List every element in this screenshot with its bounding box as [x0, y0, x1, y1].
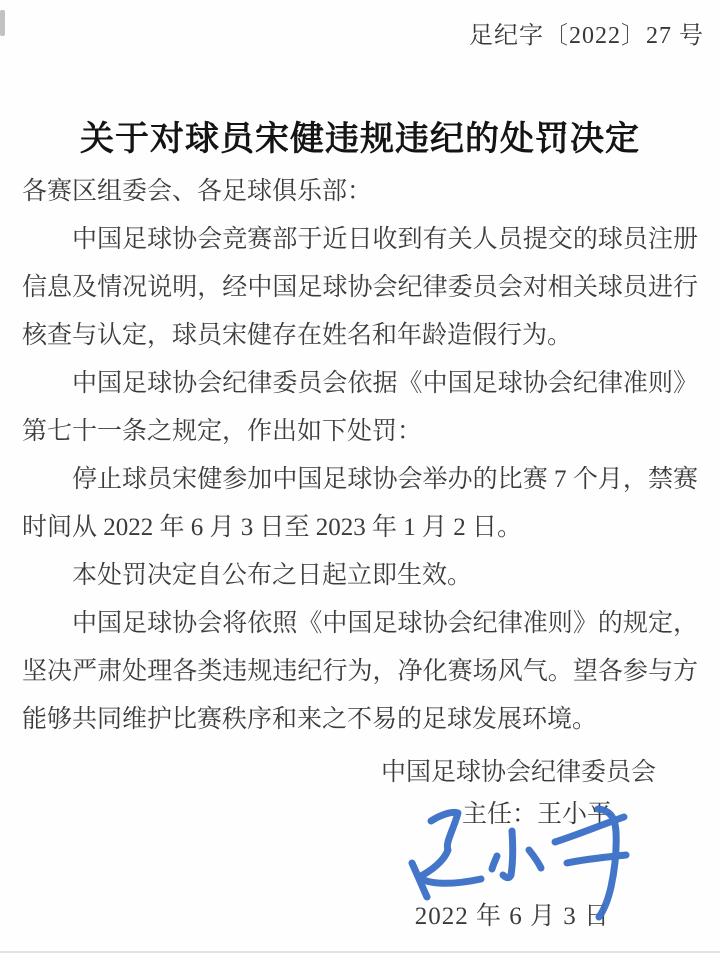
body-paragraph: 中国足球协会竞赛部于近日收到有关人员提交的球员注册信息及情况说明，经中国足球协会… — [22, 216, 698, 360]
salutation-line: 各赛区组委会、各足球俱乐部： — [22, 168, 698, 216]
scan-artifact-speck — [0, 10, 5, 36]
scan-edge-line — [0, 951, 720, 953]
document-body: 各赛区组委会、各足球俱乐部： 中国足球协会竞赛部于近日收到有关人员提交的球员注册… — [22, 168, 698, 744]
body-paragraph: 中国足球协会纪律委员会依据《中国足球协会纪律准则》第七十一条之规定，作出如下处罚… — [22, 360, 698, 456]
document-number: 足纪字〔2022〕27 号 — [469, 15, 704, 50]
signoff-organization: 中国足球协会纪律委员会 — [381, 752, 656, 788]
body-paragraph: 本处罚决定自公布之日起立即生效。 — [22, 552, 698, 600]
body-paragraph: 停止球员宋健参加中国足球协会举办的比赛 7 个月，禁赛时间从 2022 年 6 … — [22, 456, 698, 552]
document-title: 关于对球员宋健违规违纪的处罚决定 — [0, 111, 720, 160]
handwritten-signature — [395, 795, 720, 945]
body-paragraph: 中国足球协会将依照《中国足球协会纪律准则》的规定，坚决严肃处理各类违规违纪行为，… — [22, 600, 698, 744]
